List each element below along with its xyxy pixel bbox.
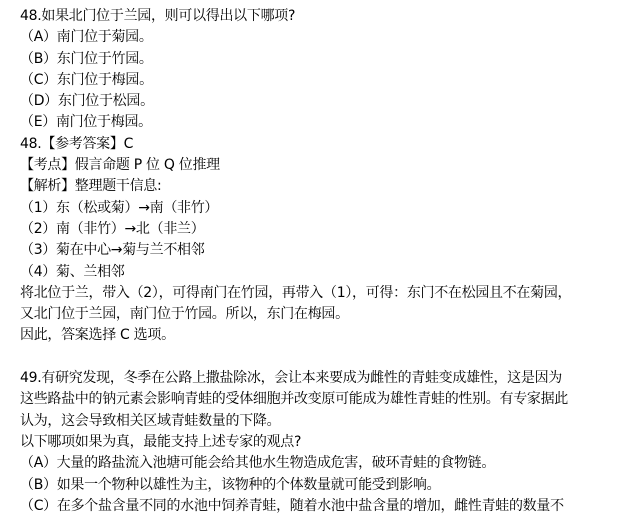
answer-48: 48.【参考答案】C 【考点】假言命题 P 位 Q 位推理 【解析】整理题干信息… — [20, 134, 620, 347]
question-49-option-a: （A）大量的路盐流入池塘可能会给其他水生物造成危害，破环青蛙的食物链。 — [20, 453, 620, 474]
test-point: 【考点】假言命题 P 位 Q 位推理 — [20, 155, 620, 176]
reasoning-line-1: 将北位于兰，带入（2），可得南门在竹园，再带入（1），可得：东门不在松园且不在菊… — [20, 283, 620, 304]
question-49-stem-line-3: 认为，这会导致相关区域青蛙数量的下降。 — [20, 411, 620, 432]
analysis-heading: 【解析】整理题干信息: — [20, 176, 620, 197]
condition-1: （1）东（松或菊）→南（非竹） — [20, 198, 620, 219]
question-49-stem-line-1: 49.有研究发现，冬季在公路上撒盐除冰，会让本来要成为雌性的青蛙变成雄性，这是因… — [20, 368, 620, 389]
question-48-option-b: （B）东门位于竹园。 — [20, 49, 620, 70]
question-49: 49.有研究发现，冬季在公路上撒盐除冰，会让本来要成为雌性的青蛙变成雄性，这是因… — [20, 368, 620, 515]
question-49-option-b: （B）如果一个物种以雄性为主，该物种的个体数量就可能受到影响。 — [20, 475, 620, 496]
spacer — [20, 347, 620, 368]
condition-3: （3）菊在中心→菊与兰不相邻 — [20, 240, 620, 261]
question-48-option-d: （D）东门位于松园。 — [20, 91, 620, 112]
question-49-prompt: 以下哪项如果为真，最能支持上述专家的观点? — [20, 432, 620, 453]
question-48-option-e: （E）南门位于梅园。 — [20, 112, 620, 133]
condition-2: （2）南（非竹）→北（非兰） — [20, 219, 620, 240]
document-page: 48.如果北门位于兰园，则可以得出以下哪项? （A）南门位于菊园。 （B）东门位… — [20, 6, 620, 515]
question-48-option-a: （A）南门位于菊园。 — [20, 27, 620, 48]
question-49-option-c: （C）在多个盐含量不同的水池中饲养青蛙，随着水池中盐含量的增加，雌性青蛙的数量不 — [20, 496, 620, 515]
question-48-option-c: （C）东门位于梅园。 — [20, 70, 620, 91]
conclusion-line: 因此，答案选择 C 选项。 — [20, 325, 620, 346]
question-48: 48.如果北门位于兰园，则可以得出以下哪项? （A）南门位于菊园。 （B）东门位… — [20, 6, 620, 134]
condition-4: （4）菊、兰相邻 — [20, 262, 620, 283]
reference-answer: 48.【参考答案】C — [20, 134, 620, 155]
question-49-stem-line-2: 这些路盐中的钠元素会影响青蛙的受体细胞并改变原可能成为雄性青蛙的性别。有专家据此 — [20, 389, 620, 410]
reasoning-line-2: 又北门位于兰园，南门位于竹园。所以，东门在梅园。 — [20, 304, 620, 325]
question-48-stem: 48.如果北门位于兰园，则可以得出以下哪项? — [20, 6, 620, 27]
